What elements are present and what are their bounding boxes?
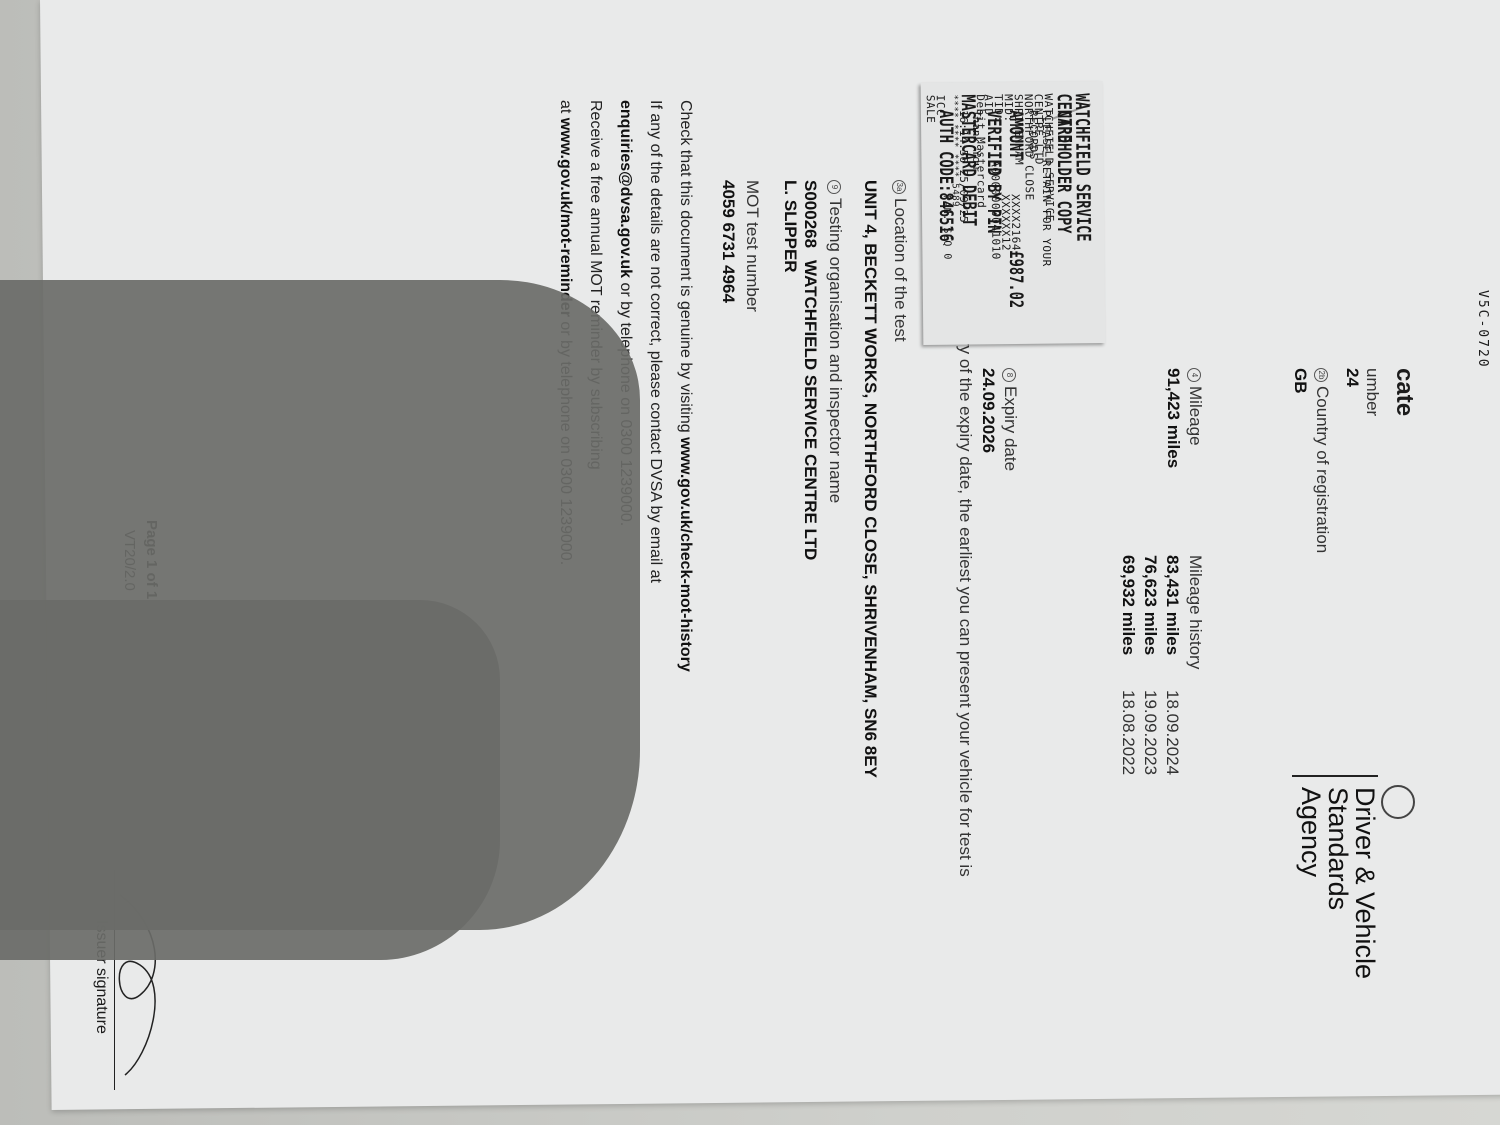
mileage-history-date-0: 18.09.2024 <box>1162 690 1182 775</box>
mileage-history-date-2: 18.08.2022 <box>1118 690 1138 775</box>
retain-line-1: PLEASE RETAIN FOR YOUR <box>1040 110 1053 350</box>
country-label: 2bCountry of registration <box>1312 368 1332 553</box>
contact-note-1: If any of the details are not correct, p… <box>640 100 670 672</box>
retain-line-2: RECORDS <box>1027 110 1040 350</box>
mileage-history-miles-0: 83,431 miles <box>1162 555 1182 655</box>
location-value: UNIT 4, BECKETT WORKS, NORTHFORD CLOSE, … <box>860 180 880 778</box>
mot-reminder-link[interactable]: www.gov.uk/mot-reminder <box>557 118 574 317</box>
testing-org-name: WATCHFIELD SERVICE CENTRE LTD <box>800 260 820 560</box>
number-label: umber <box>1362 368 1382 416</box>
amount-value: £987.02 <box>1005 250 1027 308</box>
inspector-name: L. SLIPPER <box>780 180 800 273</box>
agency-line-2: Standards <box>1324 787 1351 979</box>
mileage-history-date-1: 19.09.2023 <box>1140 690 1160 775</box>
number-value: 24 <box>1342 368 1362 387</box>
receipt-content-lower <box>1082 100 1242 400</box>
mileage-history-miles-1: 76,623 miles <box>1140 555 1160 655</box>
agency-line-1: Driver & Vehicle <box>1351 787 1378 979</box>
agency-line-3: Agency <box>1297 787 1324 979</box>
amount-label: AMOUNT <box>1005 110 1027 159</box>
thank-you: Thank You <box>970 110 983 350</box>
expiry-note: ry of the expiry date, the earliest you … <box>955 340 975 877</box>
expiry-label: 8Expiry date <box>1000 368 1020 471</box>
transaction-datetime: 16:14:56 25/09/25 <box>957 110 970 350</box>
testing-org-label: 9Testing organisation and inspector name <box>825 180 845 503</box>
mot-test-number-label: MOT test number <box>742 180 762 312</box>
mileage-history-miles-2: 69,932 miles <box>1118 555 1138 655</box>
mileage-history-label: Mileage history <box>1185 555 1205 669</box>
amount-row: AMOUNT£987.02 <box>1005 110 1027 283</box>
royal-crest-icon <box>1381 785 1415 819</box>
testing-org-id: S000268 <box>800 180 820 248</box>
expiry-value: 24.09.2026 <box>978 368 998 453</box>
form-code-top: V5C-0720 <box>1475 290 1490 369</box>
dvsa-email-link[interactable]: enquiries@dvsa.gov.uk <box>617 100 634 278</box>
mot-test-number: 4059 6731 4964 <box>718 180 738 303</box>
check-mot-history-link[interactable]: www.gov.uk/check-mot-history <box>677 437 694 672</box>
dvsa-logo: Driver & Vehicle Standards Agency <box>1292 775 1378 979</box>
auth-code: AUTH CODE:846516 <box>935 110 957 283</box>
verified-by-pin: VERIFIED BY PIN <box>983 110 1005 283</box>
country-value: GB <box>1290 368 1310 394</box>
check-note: Check that this document is genuine by v… <box>670 100 700 672</box>
certificate-title-fragment: cate <box>1390 368 1418 416</box>
phone-shadow-lower <box>0 600 500 960</box>
location-label: 3aLocation of the test <box>890 180 910 342</box>
cardholder-copy: CARDHOLDER COPY <box>1053 110 1075 283</box>
receipt-lower-block: CARDHOLDER COPY PLEASE RETAIN FOR YOUR R… <box>935 110 1075 350</box>
